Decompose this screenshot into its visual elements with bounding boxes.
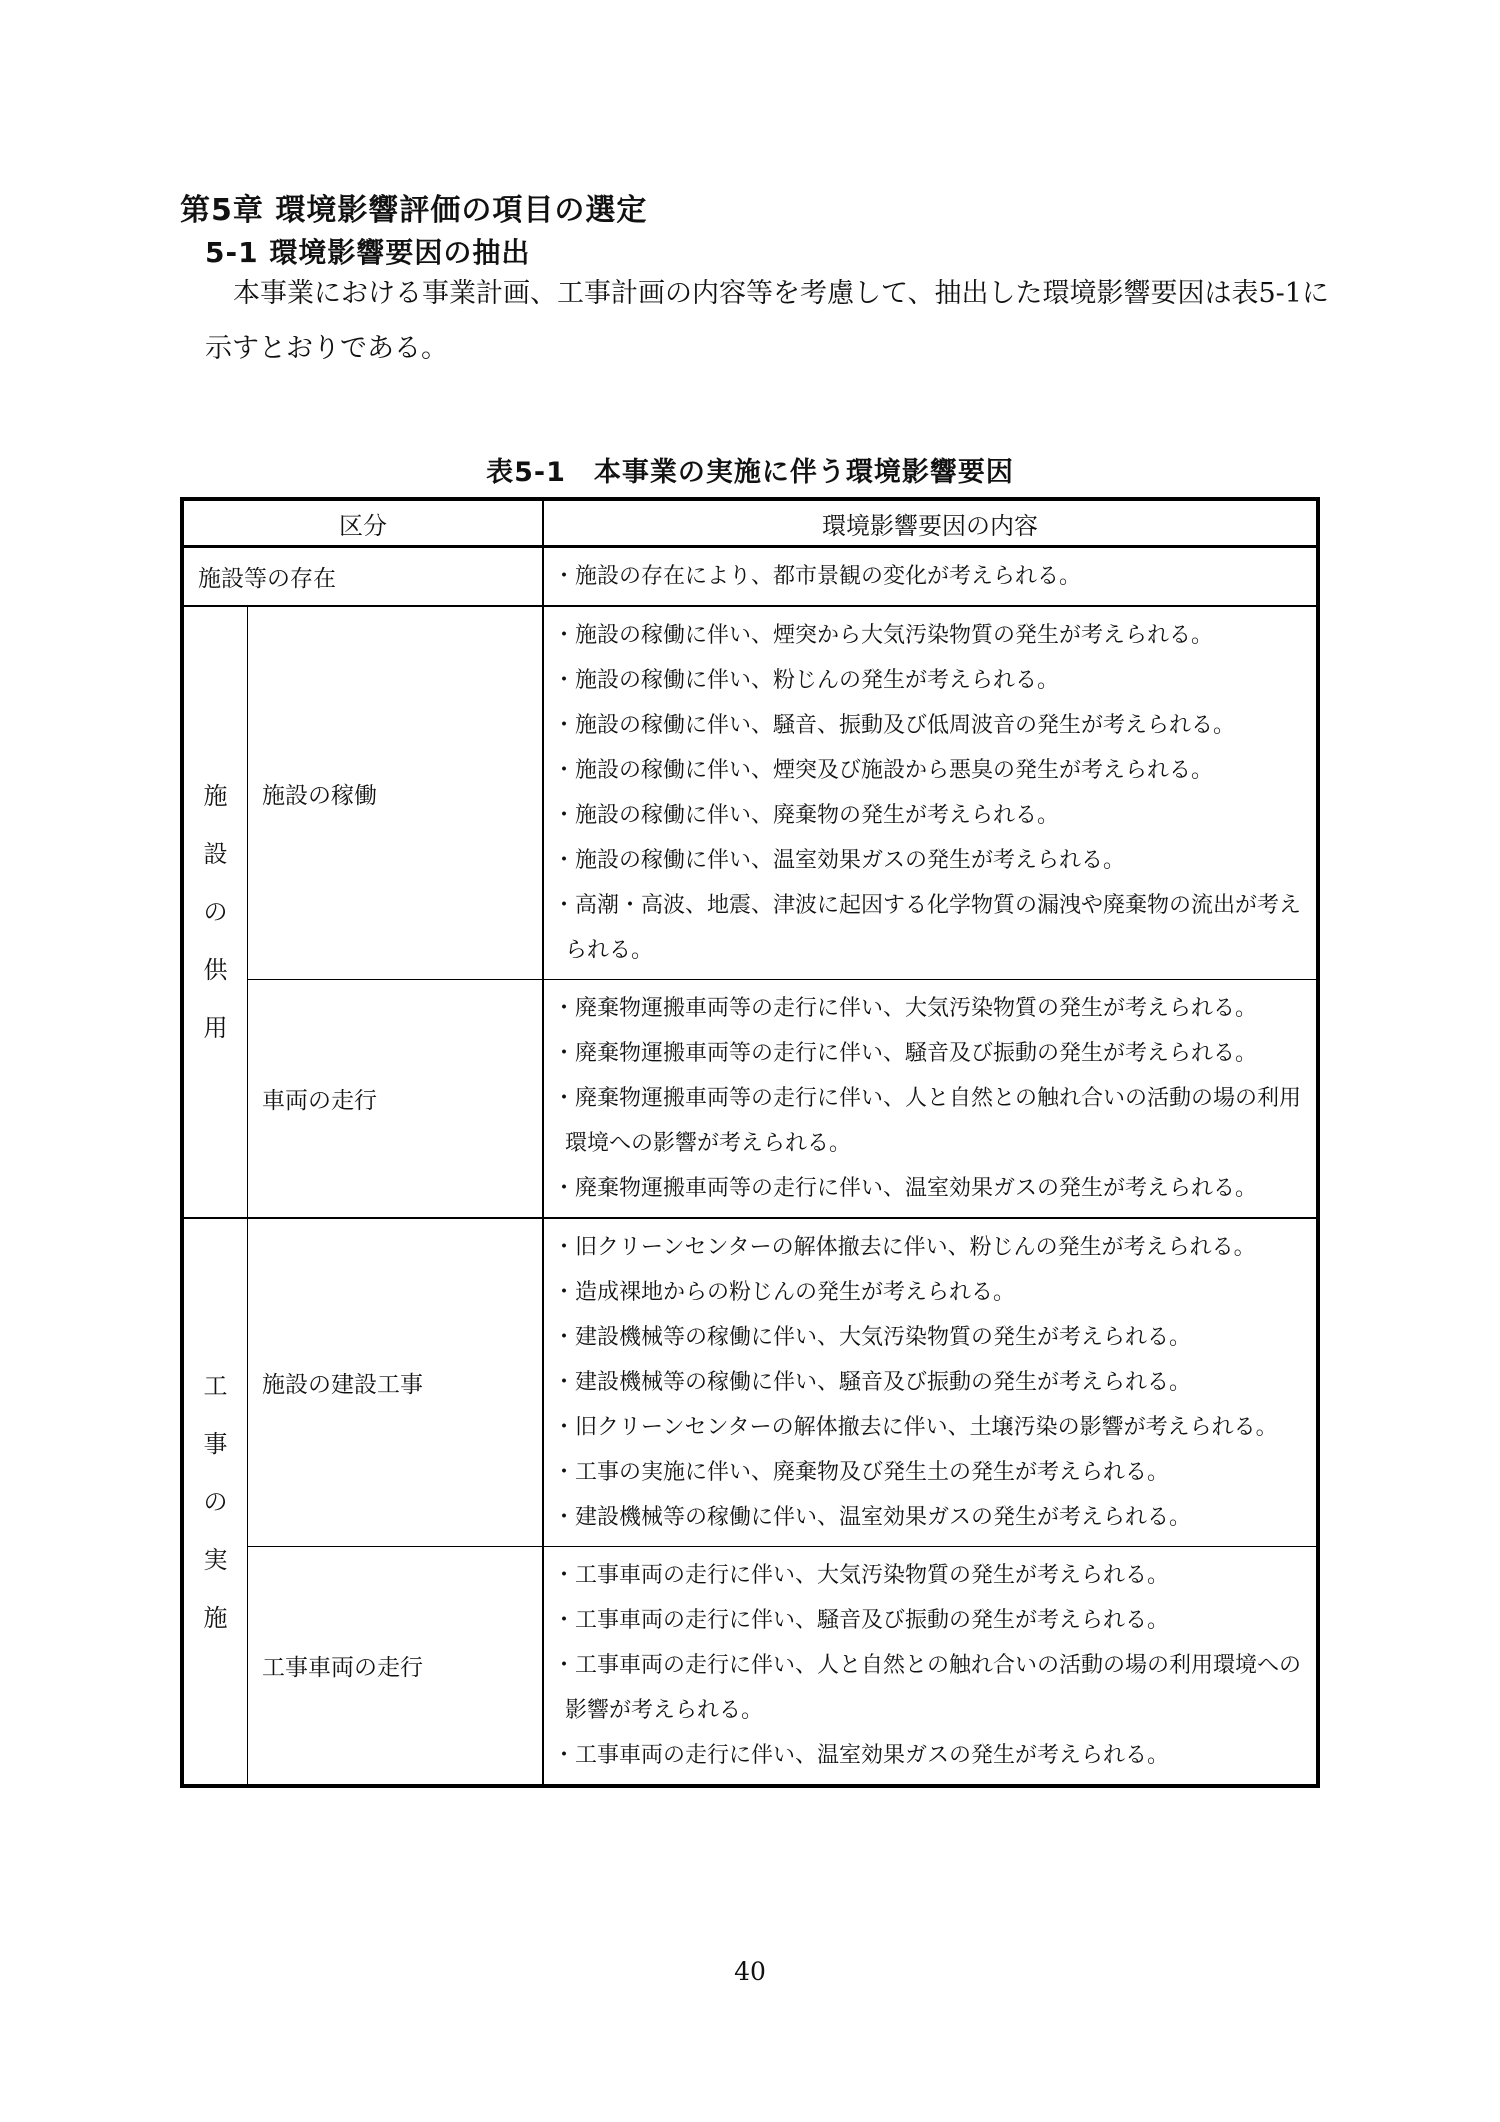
row-label: 施設等の存在: [184, 548, 544, 605]
header-cell-content: 環境影響要因の内容: [544, 501, 1316, 545]
impact-item: ・工事車両の走行に伴い、大気汚染物質の発生が考えられる。: [553, 1553, 1312, 1598]
page-number: 40: [0, 1957, 1500, 1986]
impact-item: ・施設の稼働に伴い、粉じんの発生が考えられる。: [553, 658, 1312, 703]
impact-item: ・施設の稼働に伴い、温室効果ガスの発生が考えられる。: [553, 838, 1312, 883]
impact-item: ・高潮・高波、地震、津波に起因する化学物質の漏洩や廃棄物の流出が考えられる。: [553, 883, 1312, 973]
impact-item: ・工事車両の走行に伴い、温室効果ガスの発生が考えられる。: [553, 1733, 1312, 1778]
group-subrows: 施設の建設工事 ・旧クリーンセンターの解体撤去に伴い、粉じんの発生が考えられる。…: [248, 1219, 1316, 1784]
impact-item: ・廃棄物運搬車両等の走行に伴い、人と自然との触れ合いの活動の場の利用環境への影響…: [553, 1076, 1312, 1166]
impact-item: ・建設機械等の稼働に伴い、温室効果ガスの発生が考えられる。: [553, 1495, 1312, 1540]
section-heading: 5-1 環境影響要因の抽出: [205, 231, 530, 271]
subrow-facility-operation: 施設の稼働 ・施設の稼働に伴い、煙突から大気汚染物質の発生が考えられる。 ・施設…: [248, 607, 1316, 980]
intro-paragraph: 本事業における事業計画、工事計画の内容等を考慮して、抽出した環境影響要因は表5-…: [205, 277, 1355, 366]
row-items: ・施設の存在により、都市景観の変化が考えられる。: [544, 548, 1316, 605]
table-title: 表5-1 本事業の実施に伴う環境影響要因: [180, 450, 1320, 489]
impact-item: ・廃棄物運搬車両等の走行に伴い、温室効果ガスの発生が考えられる。: [553, 1166, 1312, 1211]
group-label-cell: 施設の供用: [184, 607, 248, 1217]
subrow-label: 施設の稼働: [248, 607, 544, 979]
subrow-items: ・施設の稼働に伴い、煙突から大気汚染物質の発生が考えられる。 ・施設の稼働に伴い…: [544, 607, 1316, 979]
impact-item: ・建設機械等の稼働に伴い、騒音及び振動の発生が考えられる。: [553, 1360, 1312, 1405]
chapter-heading: 第5章 環境影響評価の項目の選定: [180, 185, 647, 229]
impact-item: ・工事の実施に伴い、廃棄物及び発生土の発生が考えられる。: [553, 1450, 1312, 1495]
intro-paragraph-line2: 示すとおりである。: [205, 332, 1355, 366]
group-label-vertical: 施設の供用: [203, 767, 229, 1057]
subrow-facility-construction: 施設の建設工事 ・旧クリーンセンターの解体撤去に伴い、粉じんの発生が考えられる。…: [248, 1219, 1316, 1547]
impact-item: ・施設の稼働に伴い、煙突及び施設から悪臭の発生が考えられる。: [553, 748, 1312, 793]
subrow-label: 施設の建設工事: [248, 1219, 544, 1546]
subrow-items: ・旧クリーンセンターの解体撤去に伴い、粉じんの発生が考えられる。 ・造成裸地から…: [544, 1219, 1316, 1546]
impact-item: ・廃棄物運搬車両等の走行に伴い、大気汚染物質の発生が考えられる。: [553, 986, 1312, 1031]
impact-item: ・工事車両の走行に伴い、人と自然との触れ合いの活動の場の利用環境への影響が考えら…: [553, 1643, 1312, 1733]
subrow-label: 工事車両の走行: [248, 1547, 544, 1784]
group-subrows: 施設の稼働 ・施設の稼働に伴い、煙突から大気汚染物質の発生が考えられる。 ・施設…: [248, 607, 1316, 1217]
group-construction-implementation: 工事の実施 施設の建設工事 ・旧クリーンセンターの解体撤去に伴い、粉じんの発生が…: [184, 1219, 1316, 1784]
impact-item: ・建設機械等の稼働に伴い、大気汚染物質の発生が考えられる。: [553, 1315, 1312, 1360]
subrow-label: 車両の走行: [248, 980, 544, 1217]
impact-item: ・廃棄物運搬車両等の走行に伴い、騒音及び振動の発生が考えられる。: [553, 1031, 1312, 1076]
group-facility-service: 施設の供用 施設の稼働 ・施設の稼働に伴い、煙突から大気汚染物質の発生が考えられ…: [184, 607, 1316, 1219]
impact-item: ・施設の稼働に伴い、煙突から大気汚染物質の発生が考えられる。: [553, 613, 1312, 658]
group-label-cell: 工事の実施: [184, 1219, 248, 1784]
row-facility-existence: 施設等の存在 ・施設の存在により、都市景観の変化が考えられる。: [184, 548, 1316, 607]
subrow-vehicle-travel: 車両の走行 ・廃棄物運搬車両等の走行に伴い、大気汚染物質の発生が考えられる。 ・…: [248, 980, 1316, 1217]
impact-item: ・施設の稼働に伴い、廃棄物の発生が考えられる。: [553, 793, 1312, 838]
subrow-items: ・工事車両の走行に伴い、大気汚染物質の発生が考えられる。 ・工事車両の走行に伴い…: [544, 1547, 1316, 1784]
impact-item: ・造成裸地からの粉じんの発生が考えられる。: [553, 1270, 1312, 1315]
impact-item: ・工事車両の走行に伴い、騒音及び振動の発生が考えられる。: [553, 1598, 1312, 1643]
subrow-construction-vehicle-travel: 工事車両の走行 ・工事車両の走行に伴い、大気汚染物質の発生が考えられる。 ・工事…: [248, 1547, 1316, 1784]
header-cell-category: 区分: [184, 501, 544, 545]
table-header-row: 区分 環境影響要因の内容: [184, 501, 1316, 548]
subrow-items: ・廃棄物運搬車両等の走行に伴い、大気汚染物質の発生が考えられる。 ・廃棄物運搬車…: [544, 980, 1316, 1217]
impact-item: ・旧クリーンセンターの解体撤去に伴い、粉じんの発生が考えられる。: [553, 1225, 1312, 1270]
impact-item: ・旧クリーンセンターの解体撤去に伴い、土壌汚染の影響が考えられる。: [553, 1405, 1312, 1450]
impact-factor-table: 区分 環境影響要因の内容 施設等の存在 ・施設の存在により、都市景観の変化が考え…: [180, 497, 1320, 1788]
impact-item: ・施設の存在により、都市景観の変化が考えられる。: [553, 554, 1312, 599]
group-label-vertical: 工事の実施: [203, 1357, 229, 1647]
impact-item: ・施設の稼働に伴い、騒音、振動及び低周波音の発生が考えられる。: [553, 703, 1312, 748]
intro-paragraph-line1: 本事業における事業計画、工事計画の内容等を考慮して、抽出した環境影響要因は表5-…: [205, 277, 1355, 311]
